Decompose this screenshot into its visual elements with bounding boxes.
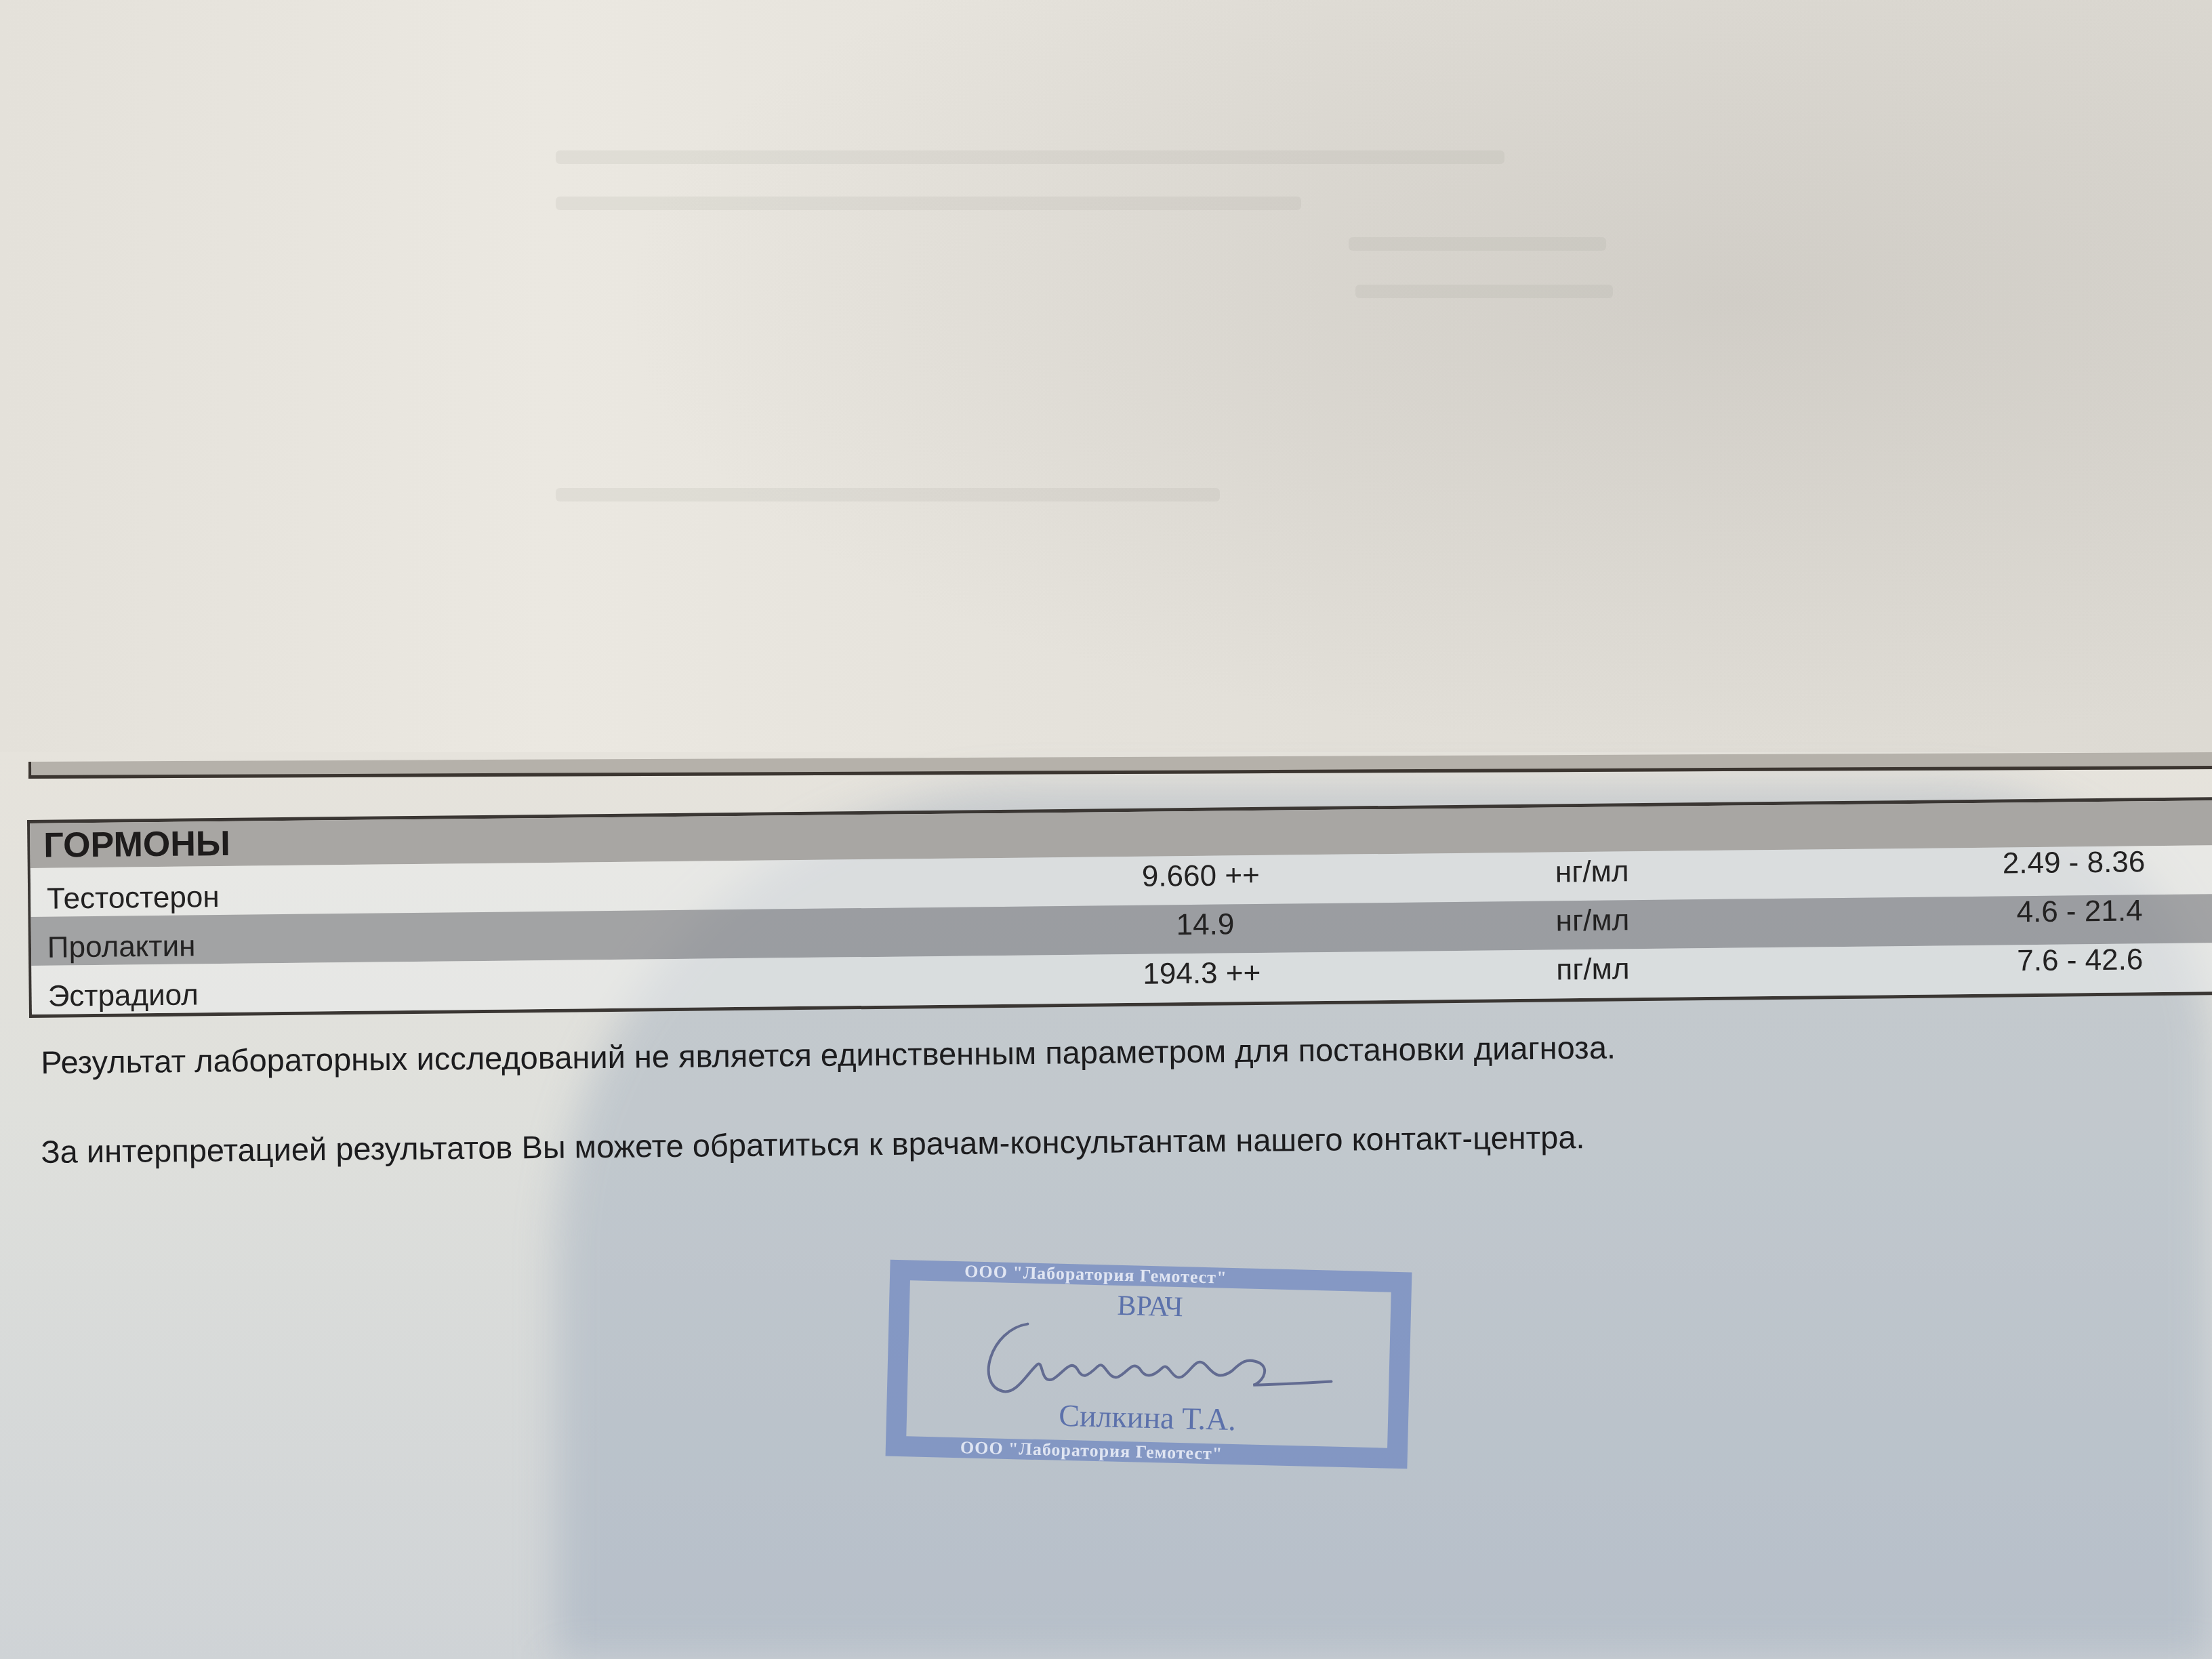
test-unit: нг/мл [1555, 896, 1629, 945]
test-unit: пг/мл [1556, 945, 1630, 994]
hormones-table: ГОРМОНЫ Тестостерон 9.660 ++ нг/мл 2.49 … [27, 797, 2212, 1018]
test-value: 194.3 ++ [1143, 949, 1261, 999]
shadow [610, 0, 2212, 752]
reference-range: 4.6 - 21.4 [2016, 886, 2143, 937]
test-value: 14.9 [1176, 900, 1234, 949]
section-title: ГОРМОНЫ [43, 821, 230, 868]
test-name: Эстрадиол [47, 970, 199, 1021]
test-unit: нг/мл [1555, 847, 1629, 897]
test-value: 9.660 ++ [1142, 851, 1260, 901]
reference-range: 2.49 - 8.36 [2002, 838, 2145, 888]
reference-range: 7.6 - 42.6 [2017, 935, 2144, 985]
doctor-stamp: ООО "Лаборатория Гемотест" ВРАЧ Силкина … [886, 1260, 1412, 1469]
